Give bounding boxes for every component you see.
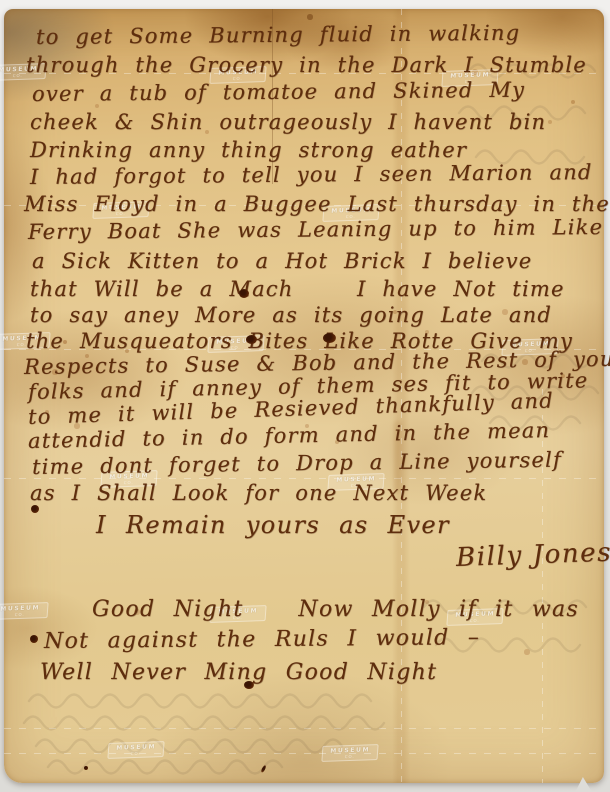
letter-line: as I Shall Look for one Next Week <box>30 481 487 505</box>
ink-spot <box>30 635 38 643</box>
ink-spot <box>244 681 254 689</box>
ink-spot <box>239 289 249 298</box>
letter-line: a Sick Kitten to a Hot Brick I believe <box>32 249 532 273</box>
letter-line: over a tub of tomatoe and Skined My <box>32 78 525 106</box>
scan-background: { "letter": { "body_lines": [ "to get So… <box>0 0 610 792</box>
letter-line: to get Some Burning fluid in walking <box>36 21 520 49</box>
museum-watermark: MUSEUMCO. <box>107 741 164 759</box>
closing-line: I Remain yours as Ever <box>96 511 450 539</box>
letter-line: Ferry Boat She was Leaning up to him Lik… <box>28 215 603 244</box>
museum-watermark: MUSEUMCO. <box>0 602 49 620</box>
signature: Billy Jones <box>455 538 610 573</box>
letter-line: that Will be a Mach I have Not time <box>30 277 565 301</box>
letter-line: cheek & Shin outrageously I havent bin <box>30 110 546 134</box>
letter-line: Miss Floyd in a Buggee Last thursday in … <box>24 192 610 216</box>
ink-spot <box>84 766 88 770</box>
letter-line: to say aney More as its going Late and <box>30 303 552 327</box>
ink-spot <box>323 333 336 343</box>
ink-spot <box>246 335 257 344</box>
postscript-line: Well Never Ming Good Night <box>40 660 437 685</box>
postscript-line: Good Night Now Molly if it was <box>92 597 579 622</box>
postscript-line: Not against the Ruls I would – <box>44 625 480 654</box>
museum-watermark: MUSEUMCO. <box>321 744 378 762</box>
letter-line: Drinking anny thing strong eather <box>30 138 467 162</box>
letter-paper: MUSEUMCO. MUSEUMCO. MUSEUMCO. MUSEUMCO. … <box>4 9 604 783</box>
ink-spot <box>31 505 39 513</box>
letter-line: I had forgot to tell you I seen Marion a… <box>30 160 593 189</box>
letter-line: through the Grocery in the Dark I Stumbl… <box>26 53 587 77</box>
